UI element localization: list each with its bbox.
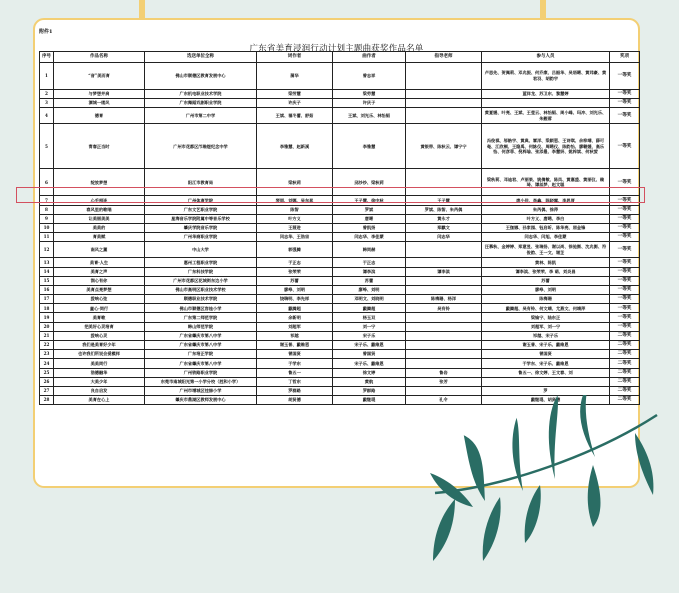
table-row: 4德育广州市第二中学王斌、福冬蕾、舒茹王斌、刘光乐、林怡韬黄夏媛、叶亮、王斌、王… <box>40 108 640 124</box>
cell-composer: 谭李滨 <box>333 267 406 276</box>
cell-number: 21 <box>40 331 54 340</box>
cell-advisor: 黄银带、陈秋云、谭宁宁 <box>406 124 482 169</box>
cell-award: 一等奖 <box>610 169 640 196</box>
cell-lyricist: 罗群路 <box>257 386 333 395</box>
cell-lyricist: 曾国贤 <box>257 350 333 359</box>
cell-advisor <box>406 99 482 108</box>
cell-composer: 苏蕾 <box>333 276 406 285</box>
cell-work-title: 育美赋 <box>54 233 145 242</box>
cell-members: 卢思先、贺佩莉、邓兆振、何乔康、吕韶华、吴语晞、黄玮豪、黄君羽、胡韵宇 <box>482 63 610 90</box>
cell-award: 二等奖 <box>610 331 640 340</box>
cell-award: 一等奖 <box>610 313 640 322</box>
cell-advisor: 黄永才 <box>406 214 482 223</box>
cell-unit: 广东省肇庆市第八中学 <box>145 331 257 340</box>
cell-work-title: 美育·人生 <box>54 258 145 267</box>
cell-number: 4 <box>40 108 54 124</box>
cell-work-title: 与梦想并肩 <box>54 90 145 99</box>
cell-composer: 宋子乐、戴维恩 <box>333 341 406 350</box>
cell-work-title: 浩德融华 <box>54 368 145 377</box>
cell-number: 1 <box>40 63 54 90</box>
cell-number: 16 <box>40 285 54 294</box>
cell-work-title: 绽放梦想 <box>54 169 145 196</box>
table-row: 13美育·人生惠州工程职业学院于正志于正志黄林、陈凯一等奖 <box>40 258 640 267</box>
cell-work-title: 美美同行 <box>54 359 145 368</box>
cell-work-title: 拨响心灵 <box>54 331 145 340</box>
cell-number: 26 <box>40 377 54 386</box>
table-row: 24美美同行广东省肇庆市第八中学于学东宋子乐、戴维恩于学东、宋子乐、戴维恩二等奖 <box>40 359 640 368</box>
cell-advisor: 闫志华 <box>406 233 482 242</box>
cell-unit: 广州市第二中学 <box>145 108 257 124</box>
cell-work-title: 良自启发 <box>54 386 145 395</box>
cell-composer: 邓明文、刘晓明 <box>333 295 406 304</box>
table-row: 9让美丽美美星海音乐学院附属中等音乐学校叶方义唐晞黄永才叶方义、唐晞、李白一等奖 <box>40 214 640 223</box>
cell-award: 一等奖 <box>610 124 640 169</box>
cell-work-title: 心手相连 <box>54 196 145 205</box>
cell-advisor <box>406 341 482 350</box>
cell-composer: 徐文婷 <box>333 368 406 377</box>
column-header: 曲作者 <box>333 52 406 63</box>
table-row: 11育美赋广州华商职业学院闫志华、王浩宙闫志华、李佳蒙闫志华闫志华、闫旭、李佳蒙… <box>40 233 640 242</box>
cell-lyricist: 祁越 <box>257 331 333 340</box>
cell-members: 黄林、陈凯 <box>482 258 610 267</box>
cell-members: 闫志华、闫旭、李佳蒙 <box>482 233 610 242</box>
cell-number: 5 <box>40 124 54 169</box>
cell-lyricist: 苏蕾 <box>257 276 333 285</box>
column-header: 词作者 <box>257 52 333 63</box>
cell-work-title: 童心·同行 <box>54 304 145 313</box>
cell-members: 梁愉宁、陆东正 <box>482 313 610 322</box>
table-header-row: 序号作品名称选送单位全称词作者曲作者指导老师参与人员奖项 <box>40 52 640 63</box>
cell-composer: 唐晞 <box>333 214 406 223</box>
cell-number: 3 <box>40 99 54 108</box>
cell-composer: 曾凯扬 <box>333 223 406 232</box>
table-row: 8春风里的歌唱广东文艺职业学院陈智罗斌罗斌、陈智、朱芮偶朱芮偶、徐萍一等奖 <box>40 205 640 214</box>
cell-award: 一等奖 <box>610 90 640 99</box>
cell-lyricist: 刘超军 <box>257 322 333 331</box>
cell-advisor <box>406 63 482 90</box>
cell-work-title: 美育歌 <box>54 313 145 322</box>
cell-lyricist: 丁哲东 <box>257 377 333 386</box>
cell-members: 廖峥、刘明 <box>482 285 610 294</box>
cell-number: 7 <box>40 196 54 205</box>
cell-advisor <box>406 90 482 99</box>
cell-unit: 广东省肇庆市第八中学 <box>145 359 257 368</box>
cell-advisor <box>406 322 482 331</box>
cell-members: 鲁五一、徐文婷、王文春、刘 <box>482 368 610 377</box>
cell-unit: 佛山市顺德区容桂小学 <box>145 304 257 313</box>
cell-number: 12 <box>40 242 54 258</box>
cell-number: 6 <box>40 169 54 196</box>
cell-work-title: 让美丽美美 <box>54 214 145 223</box>
cell-lyricist: 戴腾超 <box>257 304 333 313</box>
cell-award: 一等奖 <box>610 285 640 294</box>
table-row: 23也许我们所说会爱模样广东培正学院曾国贤曾国贤曾国贤二等奖 <box>40 350 640 359</box>
cell-advisor <box>406 359 482 368</box>
cell-number: 2 <box>40 90 54 99</box>
cell-unit: 东莞市南城阳光第一小学分校（胜和小学） <box>145 377 257 386</box>
cell-award: 一等奖 <box>610 258 640 267</box>
cell-award: 一等奖 <box>610 233 640 242</box>
table-body: 1“音”美而育佛山市顺德区教育发展中心蒲华曾志祥卢思先、贺佩莉、邓兆振、何乔康、… <box>40 63 640 405</box>
cell-composer: 罗斌 <box>333 205 406 214</box>
cell-lyricist: 梁劳慧 <box>257 90 333 99</box>
cell-award: 二等奖 <box>610 377 640 386</box>
cell-composer: 邱纱纱、梁秋莉 <box>333 169 406 196</box>
cell-members <box>482 377 610 386</box>
cell-award: 一等奖 <box>610 295 640 304</box>
cell-unit: 顺德职业技术学院 <box>145 295 257 304</box>
cell-award: 一等奖 <box>610 276 640 285</box>
cell-unit: 广东第二师范学院 <box>145 313 257 322</box>
cell-advisor <box>406 169 482 196</box>
cell-members: 谭李滨、张荣荣、李 萌、刘炎昌 <box>482 267 610 276</box>
cell-number: 14 <box>40 267 54 276</box>
cell-work-title: 漂城一缕风 <box>54 99 145 108</box>
cell-number: 10 <box>40 223 54 232</box>
cell-composer: 王子慧、徐中秋 <box>333 196 406 205</box>
cell-work-title: 大美少年 <box>54 377 145 386</box>
cell-award: 一等奖 <box>610 242 640 258</box>
cell-unit: 广州市花都区花城街东边小学 <box>145 276 257 285</box>
table-row: 10美美的肇庆学院音乐学院王葭进曾凯扬郑麒文王伽娜、孙家园、钰启昕、陈华亮、屈金… <box>40 223 640 232</box>
cell-work-title: 把美好心灵培育 <box>54 322 145 331</box>
cell-members: 祁越、宋子乐 <box>482 331 610 340</box>
cell-members: 叶方义、唐晞、李白 <box>482 214 610 223</box>
cell-lyricist: 廖峥、刘明 <box>257 285 333 294</box>
cell-composer: 王斌、刘光乐、林怡韬 <box>333 108 406 124</box>
cell-work-title: 我们是美育好少年 <box>54 341 145 350</box>
cell-work-title: 也许我们所说会爱模样 <box>54 350 145 359</box>
cell-work-title: 青春正当时 <box>54 124 145 169</box>
cell-work-title: 美育在心上 <box>54 396 145 405</box>
cell-number: 11 <box>40 233 54 242</box>
cell-lyricist: 梁秋莉 <box>257 169 333 196</box>
cell-lyricist: 谢玉普、戴维恩 <box>257 341 333 350</box>
cell-advisor <box>406 331 482 340</box>
cell-lyricist: 胡贤德 <box>257 396 333 405</box>
cell-number: 25 <box>40 368 54 377</box>
cell-unit: 广东培正学院 <box>145 350 257 359</box>
cell-lyricist: 琴雨、刘娜、吴东昇 <box>257 196 333 205</box>
column-header: 参与人员 <box>482 52 610 63</box>
cell-work-title: 美育点亮梦想 <box>54 285 145 294</box>
cell-members: 曾国贤 <box>482 350 610 359</box>
cell-award: 一等奖 <box>610 205 640 214</box>
table-row: 26大美少年东莞市南城阳光第一小学分校（胜和小学）丁哲东黄航张芳二等奖 <box>40 377 640 386</box>
cell-work-title: 美育之声 <box>54 267 145 276</box>
cell-award: 二等奖 <box>610 350 640 359</box>
cell-composer: 曾国贤 <box>333 350 406 359</box>
cell-advisor: 陈梅珊、杨洋 <box>406 295 482 304</box>
cell-award: 二等奖 <box>610 368 640 377</box>
cell-award: 一等奖 <box>610 196 640 205</box>
table-row: 7心手相连广州体育学院琴雨、刘娜、吴东昇王子慧、徐中秋王子慧唐小佳、李鑫、陈晓霖… <box>40 196 640 205</box>
cell-number: 9 <box>40 214 54 223</box>
table-row: 12南风之薰中山大学郭强腾韩同赫汪慕秋、金婷婷、郑意昱、张瑞扬、谢以尚、徐弛衡、… <box>40 242 640 258</box>
cell-award: 一等奖 <box>610 63 640 90</box>
cell-lyricist: 闫志华、王浩宙 <box>257 233 333 242</box>
cell-advisor: 吴有铃 <box>406 304 482 313</box>
cell-award: 一等奖 <box>610 214 640 223</box>
cell-advisor: 罗斌、陈智、朱芮偶 <box>406 205 482 214</box>
cell-members: 于学东、宋子乐、戴维恩 <box>482 359 610 368</box>
cell-award: 一等奖 <box>610 99 640 108</box>
table-row: 25浩德融华广州铁路职业学院鲁五一徐文婷鲁岩鲁五一、徐文婷、王文春、刘二等奖 <box>40 368 640 377</box>
cell-composer: 廖峥、刘明 <box>333 285 406 294</box>
cell-number: 27 <box>40 386 54 395</box>
cell-award: 二等奖 <box>610 341 640 350</box>
column-header: 序号 <box>40 52 54 63</box>
cell-members: 唐小佳、李鑫、陈晓霖、李思晋 <box>482 196 610 205</box>
cell-unit: 广州铁路职业学院 <box>145 368 257 377</box>
leaf-branch-decoration <box>425 395 665 575</box>
cell-members: 刘超军、刘一宁 <box>482 322 610 331</box>
cell-advisor: 谭李滨 <box>406 267 482 276</box>
cell-number: 22 <box>40 341 54 350</box>
table-row: 14美育之声广东科技学院张荣荣谭李滨谭李滨谭李滨、张荣荣、李 萌、刘炎昌一等奖 <box>40 267 640 276</box>
cell-composer: 梁劳慧 <box>333 90 406 99</box>
cell-composer: 戴继琨 <box>333 396 406 405</box>
cell-advisor <box>406 258 482 267</box>
cell-unit: 广东省肇庆市第八中学 <box>145 341 257 350</box>
cell-lyricist: 张荣荣 <box>257 267 333 276</box>
cell-composer: 于正志 <box>333 258 406 267</box>
cell-number: 23 <box>40 350 54 359</box>
cell-award: 一等奖 <box>610 267 640 276</box>
cell-advisor <box>406 276 482 285</box>
cell-lyricist: 王葭进 <box>257 223 333 232</box>
attachment-label: 附件1 <box>39 28 52 35</box>
cell-work-title: “音”美而育 <box>54 63 145 90</box>
table-row: 3漂城一缕风广东舞蹈戏剧职业学院许庆子许庆子一等奖 <box>40 99 640 108</box>
cell-lyricist: 许庆子 <box>257 99 333 108</box>
cell-unit: 佛山市顺德区教育发展中心 <box>145 63 257 90</box>
cell-award: 一等奖 <box>610 108 640 124</box>
cell-number: 18 <box>40 304 54 313</box>
cell-advisor <box>406 108 482 124</box>
cell-number: 13 <box>40 258 54 267</box>
cell-composer: 闫志华、李佳蒙 <box>333 233 406 242</box>
table-row: 15润心有你广州市花都区花城街东边小学苏蕾苏蕾苏蕾一等奖 <box>40 276 640 285</box>
cell-members: 黄夏媛、叶亮、王斌、王莹云、林怡韬、周小峰、玛冲、刘光乐、朱靓蓉 <box>482 108 610 124</box>
cell-composer: 韩同赫 <box>333 242 406 258</box>
cell-number: 19 <box>40 313 54 322</box>
cell-lyricist: 王斌、福冬蕾、舒茹 <box>257 108 333 124</box>
cell-number: 20 <box>40 322 54 331</box>
cell-advisor <box>406 242 482 258</box>
cell-advisor: 鲁岩 <box>406 368 482 377</box>
cell-lyricist: 李雅慧、赵新溪 <box>257 124 333 169</box>
cell-unit: 肇庆市鼎湖区教师发展中心 <box>145 396 257 405</box>
cell-unit: 广东科技学院 <box>145 267 257 276</box>
cell-unit: 韩山师范学院 <box>145 322 257 331</box>
cell-members: 谢玉普、宋子乐、戴维恩 <box>482 341 610 350</box>
cell-members: 冯俊祺、邬皓宇、黄典、覃洋、梁颖恩、王诗琪、余梓靖、薛可奄、江欣桐、王隐禹、何詠… <box>482 124 610 169</box>
cell-lyricist: 蒲华 <box>257 63 333 90</box>
cell-number: 15 <box>40 276 54 285</box>
column-header: 指导老师 <box>406 52 482 63</box>
cell-work-title: 春风里的歌唱 <box>54 205 145 214</box>
table-row: 20把美好心灵培育韩山师范学院刘超军刘一宁刘超军、刘一宁一等奖 <box>40 322 640 331</box>
award-table: 序号作品名称选送单位全称词作者曲作者指导老师参与人员奖项 1“音”美而育佛山市顺… <box>39 51 640 405</box>
cell-members: 陈梅珊 <box>482 295 610 304</box>
cell-unit: 广东舞蹈戏剧职业学院 <box>145 99 257 108</box>
table-row: 1“音”美而育佛山市顺德区教育发展中心蒲华曾志祥卢思先、贺佩莉、邓兆振、何乔康、… <box>40 63 640 90</box>
column-header: 作品名称 <box>54 52 145 63</box>
cell-lyricist: 陈智 <box>257 205 333 214</box>
table-row: 22我们是美育好少年广东省肇庆市第八中学谢玉普、戴维恩宋子乐、戴维恩谢玉普、宋子… <box>40 341 640 350</box>
cell-award: 一等奖 <box>610 223 640 232</box>
cell-award: 二等奖 <box>610 359 640 368</box>
cell-composer: 戴腾超 <box>333 304 406 313</box>
cell-lyricist: 郭强腾 <box>257 242 333 258</box>
cell-members: 朱芮偶、徐萍 <box>482 205 610 214</box>
cell-lyricist: 于正志 <box>257 258 333 267</box>
cell-advisor <box>406 313 482 322</box>
cell-composer: 刘一宁 <box>333 322 406 331</box>
cell-composer: 宋子乐 <box>333 331 406 340</box>
cell-members: 蓝祥龙、苏卫东、黎慧婷 <box>482 90 610 99</box>
cell-work-title: 润心有你 <box>54 276 145 285</box>
table-row: 21拨响心灵广东省肇庆市第八中学祁越宋子乐祁越、宋子乐二等奖 <box>40 331 640 340</box>
cell-advisor <box>406 285 482 294</box>
cell-advisor: 王子慧 <box>406 196 482 205</box>
cell-unit: 佛山市高明区职业技术学校 <box>145 285 257 294</box>
cell-work-title: 德育 <box>54 108 145 124</box>
cell-members: 戴腾超、吴有铃、何文靖、尤燕文、何靖萍 <box>482 304 610 313</box>
cell-members: 汪慕秋、金婷婷、郑意昱、张瑞扬、谢以尚、徐弛衡、沈兆衡、符俊韵、王一文、谢芷 <box>482 242 610 258</box>
cell-number: 8 <box>40 205 54 214</box>
cell-advisor: 张芳 <box>406 377 482 386</box>
cell-unit: 肇庆学院音乐学院 <box>145 223 257 232</box>
cell-unit: 广东机电职业技术学院 <box>145 90 257 99</box>
cell-lyricist: 叶方义 <box>257 214 333 223</box>
cell-composer: 许庆子 <box>333 99 406 108</box>
cell-unit: 广州市增城区挂绿小学 <box>145 386 257 395</box>
cell-award: 一等奖 <box>610 304 640 313</box>
cell-work-title: 美美的 <box>54 223 145 232</box>
cell-number: 17 <box>40 295 54 304</box>
cell-unit: 惠州工程职业学院 <box>145 258 257 267</box>
cell-award: 一等奖 <box>610 322 640 331</box>
table-row: 5青春正当时广州市花都区邝维煜纪念中学李雅慧、赵新溪李雅慧黄银带、陈秋云、谭宁宁… <box>40 124 640 169</box>
table-row: 6绽放梦想阳江市教育局梁秋莉邱纱纱、梁秋莉梁秋莉、邓迪君、卢丽果、姚倩敏、陈凤、… <box>40 169 640 196</box>
cell-lyricist: 于学东 <box>257 359 333 368</box>
cell-composer: 宋子乐、戴维恩 <box>333 359 406 368</box>
cell-members: 王伽娜、孙家园、钰启昕、陈华亮、屈金锋 <box>482 223 610 232</box>
cell-number: 28 <box>40 396 54 405</box>
cell-members: 苏蕾 <box>482 276 610 285</box>
table-row: 19美育歌广东第二师范学院余新明杨玉双梁愉宁、陆东正一等奖 <box>40 313 640 322</box>
table-row: 2与梦想并肩广东机电职业技术学院梁劳慧梁劳慧蓝祥龙、苏卫东、黎慧婷一等奖 <box>40 90 640 99</box>
column-header: 选送单位全称 <box>145 52 257 63</box>
cell-unit: 星海音乐学院附属中等音乐学校 <box>145 214 257 223</box>
cell-lyricist: 鲁五一 <box>257 368 333 377</box>
cell-unit: 广东文艺职业学院 <box>145 205 257 214</box>
cell-unit: 广州市花都区邝维煜纪念中学 <box>145 124 257 169</box>
cell-members <box>482 99 610 108</box>
cell-composer: 杨玉双 <box>333 313 406 322</box>
cell-unit: 广州华商职业学院 <box>145 233 257 242</box>
cell-advisor <box>406 350 482 359</box>
cell-composer: 曾志祥 <box>333 63 406 90</box>
cell-unit: 中山大学 <box>145 242 257 258</box>
cell-work-title: 南风之薰 <box>54 242 145 258</box>
cell-composer: 李雅慧 <box>333 124 406 169</box>
cell-members: 梁秋莉、邓迪君、卢丽果、姚倩敏、陈凤、黄嘉盛、黄丽仪、赖琦、谭丝梦、赵文聪 <box>482 169 610 196</box>
table-row: 16美育点亮梦想佛山市高明区职业技术学校廖峥、刘明廖峥、刘明廖峥、刘明一等奖 <box>40 285 640 294</box>
cell-number: 24 <box>40 359 54 368</box>
cell-composer: 黄航 <box>333 377 406 386</box>
cell-lyricist: 饶瑞明、李先样 <box>257 295 333 304</box>
cell-advisor: 郑麒文 <box>406 223 482 232</box>
table-row: 18童心·同行佛山市顺德区容桂小学戴腾超戴腾超吴有铃戴腾超、吴有铃、何文靖、尤燕… <box>40 304 640 313</box>
column-header: 奖项 <box>610 52 640 63</box>
cell-lyricist: 余新明 <box>257 313 333 322</box>
cell-composer: 罗群路 <box>333 386 406 395</box>
table-row: 17拨响心弦顺德职业技术学院饶瑞明、李先样邓明文、刘晓明陈梅珊、杨洋陈梅珊一等奖 <box>40 295 640 304</box>
cell-work-title: 拨响心弦 <box>54 295 145 304</box>
cell-unit: 阳江市教育局 <box>145 169 257 196</box>
cell-unit: 广州体育学院 <box>145 196 257 205</box>
